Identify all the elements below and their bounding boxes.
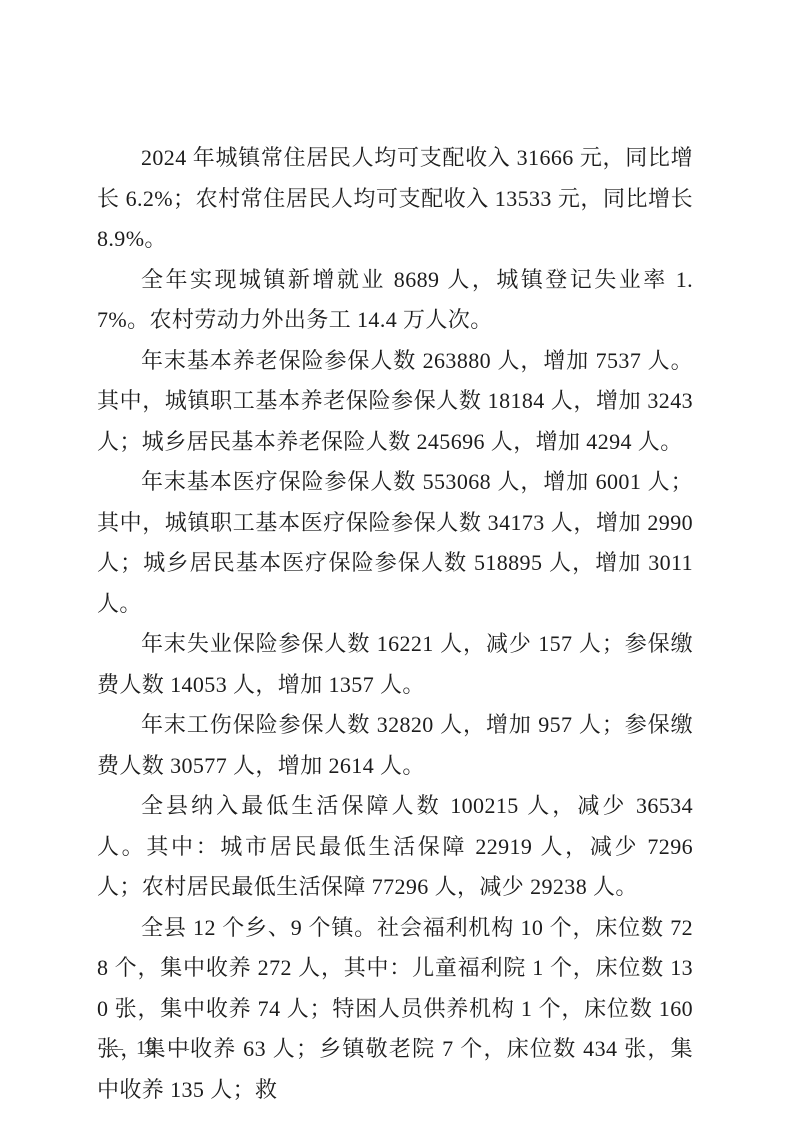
para-social-welfare: 全县 12 个乡、9 个镇。社会福利机构 10 个，床位数 728 个，集中收养…	[97, 908, 693, 1111]
document-body: 2024 年城镇常住居民人均可支配收入 31666 元，同比增长 6.2%；农村…	[97, 138, 693, 1110]
document-page: 2024 年城镇常住居民人均可支配收入 31666 元，同比增长 6.2%；农村…	[0, 0, 793, 1122]
para-disposable-income: 2024 年城镇常住居民人均可支配收入 31666 元，同比增长 6.2%；农村…	[97, 138, 693, 260]
para-medical-insurance: 年末基本医疗保险参保人数 553068 人，增加 6001 人；其中，城镇职工基…	[97, 462, 693, 624]
footer-dash-left: —	[103, 1034, 123, 1062]
para-work-injury-insurance: 年末工伤保险参保人数 32820 人，增加 957 人；参保缴费人数 30577…	[97, 705, 693, 786]
footer-dash-right: —	[169, 1034, 189, 1062]
page-footer: — 12 —	[103, 1034, 189, 1062]
para-subsistence-allowance: 全县纳入最低生活保障人数 100215 人，减少 36534 人。其中：城市居民…	[97, 786, 693, 908]
para-unemployment-insurance: 年末失业保险参保人数 16221 人，减少 157 人；参保缴费人数 14053…	[97, 624, 693, 705]
para-employment: 全年实现城镇新增就业 8689 人，城镇登记失业率 1.7%。农村劳动力外出务工…	[97, 260, 693, 341]
page-number: 12	[136, 1034, 156, 1062]
para-pension-insurance: 年末基本养老保险参保人数 263880 人，增加 7537 人。其中，城镇职工基…	[97, 341, 693, 463]
